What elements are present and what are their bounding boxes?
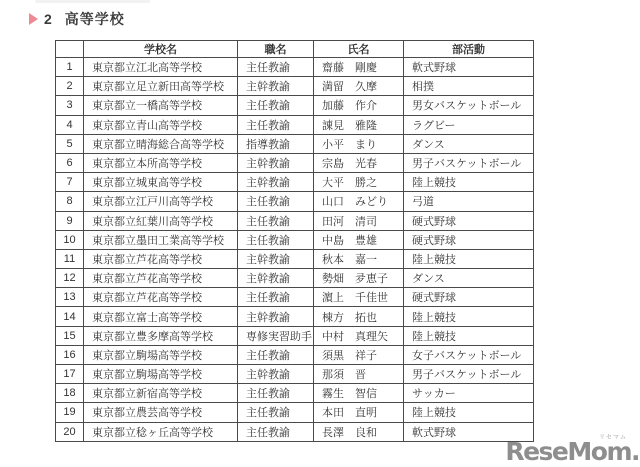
job-title: 主任教諭 [238,211,314,230]
club-activity: 男女バスケットボール [404,96,534,115]
club-activity: 女子バスケットボール [404,345,534,364]
job-title: 主任教諭 [238,230,314,249]
job-title: 主任教諭 [238,115,314,134]
row-number: 8 [56,192,84,211]
school-name: 東京都立豊多摩高等学校 [84,326,238,345]
row-number: 18 [56,384,84,403]
person-name: 本田 直明 [314,403,404,422]
club-activity: ダンス [404,269,534,288]
table-row: 9東京都立紅葉川高等学校主任教諭田河 清司硬式野球 [56,211,534,230]
job-title: 主任教諭 [238,192,314,211]
table-row: 4東京都立青山高等学校主任教諭諌見 雅隆ラグビー [56,115,534,134]
logo-text: ReseMom. [505,437,639,466]
school-name: 東京都立駒場高等学校 [84,345,238,364]
row-number: 16 [56,345,84,364]
row-number: 1 [56,58,84,77]
table-row: 11東京都立芦花高等学校主幹教諭秋本 嘉一陸上競技 [56,249,534,268]
row-number: 10 [56,230,84,249]
column-header: 職名 [238,41,314,58]
job-title: 主任教諭 [238,422,314,441]
row-number: 5 [56,134,84,153]
person-name: 小平 まり [314,134,404,153]
table-row: 12東京都立芦花高等学校主幹教諭勢畑 夛恵子ダンス [56,269,534,288]
person-name: 中島 豊雄 [314,230,404,249]
job-title: 主任教諭 [238,58,314,77]
club-activity: サッカー [404,384,534,403]
table-header-row: 学校名職名氏名部活動 [56,41,534,58]
job-title: 主幹教諭 [238,269,314,288]
row-number: 14 [56,307,84,326]
job-title: 主幹教諭 [238,307,314,326]
table-row: 5東京都立晴海総合高等学校指導教諭小平 まりダンス [56,134,534,153]
triangle-bullet-icon [29,13,38,25]
row-number: 20 [56,422,84,441]
school-name: 東京都立稔ヶ丘高等学校 [84,422,238,441]
person-name: 中村 真理矢 [314,326,404,345]
job-title: 主任教諭 [238,345,314,364]
row-number: 6 [56,153,84,172]
job-title: 主幹教諭 [238,173,314,192]
club-activity: ラグビー [404,115,534,134]
club-activity: 弓道 [404,192,534,211]
column-header: 学校名 [84,41,238,58]
table-row: 6東京都立本所高等学校主幹教諭宗島 光春男子バスケットボール [56,153,534,172]
person-name: 秋本 嘉一 [314,249,404,268]
teacher-roster-table: 学校名職名氏名部活動 1東京都立江北高等学校主任教諭齋藤 剛慶軟式野球2東京都立… [55,40,534,442]
club-activity: 硬式野球 [404,288,534,307]
table-row: 17東京都立駒場高等学校主幹教諭那須 晋男子バスケットボール [56,365,534,384]
job-title: 主任教諭 [238,288,314,307]
school-name: 東京都立足立新田高等学校 [84,77,238,96]
club-activity: 硬式野球 [404,211,534,230]
club-activity: 陸上競技 [404,249,534,268]
club-activity: 男子バスケットボール [404,365,534,384]
person-name: 山口 みどり [314,192,404,211]
person-name: 須黒 祥子 [314,345,404,364]
person-name: 齋藤 剛慶 [314,58,404,77]
school-name: 東京都立芦花高等学校 [84,249,238,268]
column-header [56,41,84,58]
school-name: 東京都立城東高等学校 [84,173,238,192]
school-name: 東京都立駒場高等学校 [84,365,238,384]
person-name: 諌見 雅隆 [314,115,404,134]
section-heading: 2 高等学校 [29,9,125,29]
school-name: 東京都立青山高等学校 [84,115,238,134]
section-title: 高等学校 [65,9,125,29]
school-name: 東京都立紅葉川高等学校 [84,211,238,230]
job-title: 主任教諭 [238,96,314,115]
school-name: 東京都立農芸高等学校 [84,403,238,422]
school-name: 東京都立晴海総合高等学校 [84,134,238,153]
row-number: 7 [56,173,84,192]
job-title: 主幹教諭 [238,153,314,172]
table-row: 20東京都立稔ヶ丘高等学校主任教諭長澤 良和軟式野球 [56,422,534,441]
person-name: 長澤 良和 [314,422,404,441]
table-row: 8東京都立江戸川高等学校主任教諭山口 みどり弓道 [56,192,534,211]
school-name: 東京都立芦花高等学校 [84,269,238,288]
school-name: 東京都立江北高等学校 [84,58,238,77]
school-name: 東京都立芦花高等学校 [84,288,238,307]
club-activity: 硬式野球 [404,230,534,249]
club-activity: 陸上競技 [404,307,534,326]
job-title: 主幹教諭 [238,365,314,384]
row-number: 15 [56,326,84,345]
job-title: 主幹教諭 [238,249,314,268]
table-row: 14東京都立富士高等学校主幹教諭棟方 拓也陸上競技 [56,307,534,326]
logo-ruby-text: リセマム [599,435,627,441]
job-title: 主幹教諭 [238,77,314,96]
person-name: 加藤 作介 [314,96,404,115]
person-name: 那須 晋 [314,365,404,384]
table-row: 19東京都立農芸高等学校主任教諭本田 直明陸上競技 [56,403,534,422]
row-number: 4 [56,115,84,134]
club-activity: 陸上競技 [404,173,534,192]
person-name: 霧生 智信 [314,384,404,403]
table-row: 13東京都立芦花高等学校主任教諭濵上 千佳世硬式野球 [56,288,534,307]
person-name: 棟方 拓也 [314,307,404,326]
club-activity: 軟式野球 [404,58,534,77]
person-name: 勢畑 夛恵子 [314,269,404,288]
school-name: 東京都立本所高等学校 [84,153,238,172]
table-row: 2東京都立足立新田高等学校主幹教諭満留 久摩相撲 [56,77,534,96]
person-name: 満留 久摩 [314,77,404,96]
row-number: 19 [56,403,84,422]
club-activity: ダンス [404,134,534,153]
table-row: 16東京都立駒場高等学校主任教諭須黒 祥子女子バスケットボール [56,345,534,364]
person-name: 宗島 光春 [314,153,404,172]
school-name: 東京都立墨田工業高等学校 [84,230,238,249]
row-number: 17 [56,365,84,384]
school-name: 東京都立富士高等学校 [84,307,238,326]
school-name: 東京都立江戸川高等学校 [84,192,238,211]
section-number: 2 [44,11,53,27]
school-name: 東京都立新宿高等学校 [84,384,238,403]
person-name: 大平 勝之 [314,173,404,192]
job-title: 主任教諭 [238,384,314,403]
club-activity: 男子バスケットボール [404,153,534,172]
club-activity: 陸上競技 [404,326,534,345]
table-row: 15東京都立豊多摩高等学校専修実習助手中村 真理矢陸上競技 [56,326,534,345]
row-number: 3 [56,96,84,115]
club-activity: 陸上競技 [404,403,534,422]
row-number: 13 [56,288,84,307]
job-title: 専修実習助手 [238,326,314,345]
column-header: 氏名 [314,41,404,58]
person-name: 田河 清司 [314,211,404,230]
table-row: 7東京都立城東高等学校主幹教諭大平 勝之陸上競技 [56,173,534,192]
row-number: 2 [56,77,84,96]
row-number: 9 [56,211,84,230]
resemom-logo: リセマム ReseMom. [505,439,639,464]
school-name: 東京都立一橋高等学校 [84,96,238,115]
club-activity: 相撲 [404,77,534,96]
table-row: 18東京都立新宿高等学校主任教諭霧生 智信サッカー [56,384,534,403]
table-row: 10東京都立墨田工業高等学校主任教諭中島 豊雄硬式野球 [56,230,534,249]
table-row: 3東京都立一橋高等学校主任教諭加藤 作介男女バスケットボール [56,96,534,115]
table-row: 1東京都立江北高等学校主任教諭齋藤 剛慶軟式野球 [56,58,534,77]
job-title: 指導教諭 [238,134,314,153]
job-title: 主任教諭 [238,403,314,422]
column-header: 部活動 [404,41,534,58]
row-number: 11 [56,249,84,268]
row-number: 12 [56,269,84,288]
cutoff-content-artifact [35,0,150,3]
person-name: 濵上 千佳世 [314,288,404,307]
